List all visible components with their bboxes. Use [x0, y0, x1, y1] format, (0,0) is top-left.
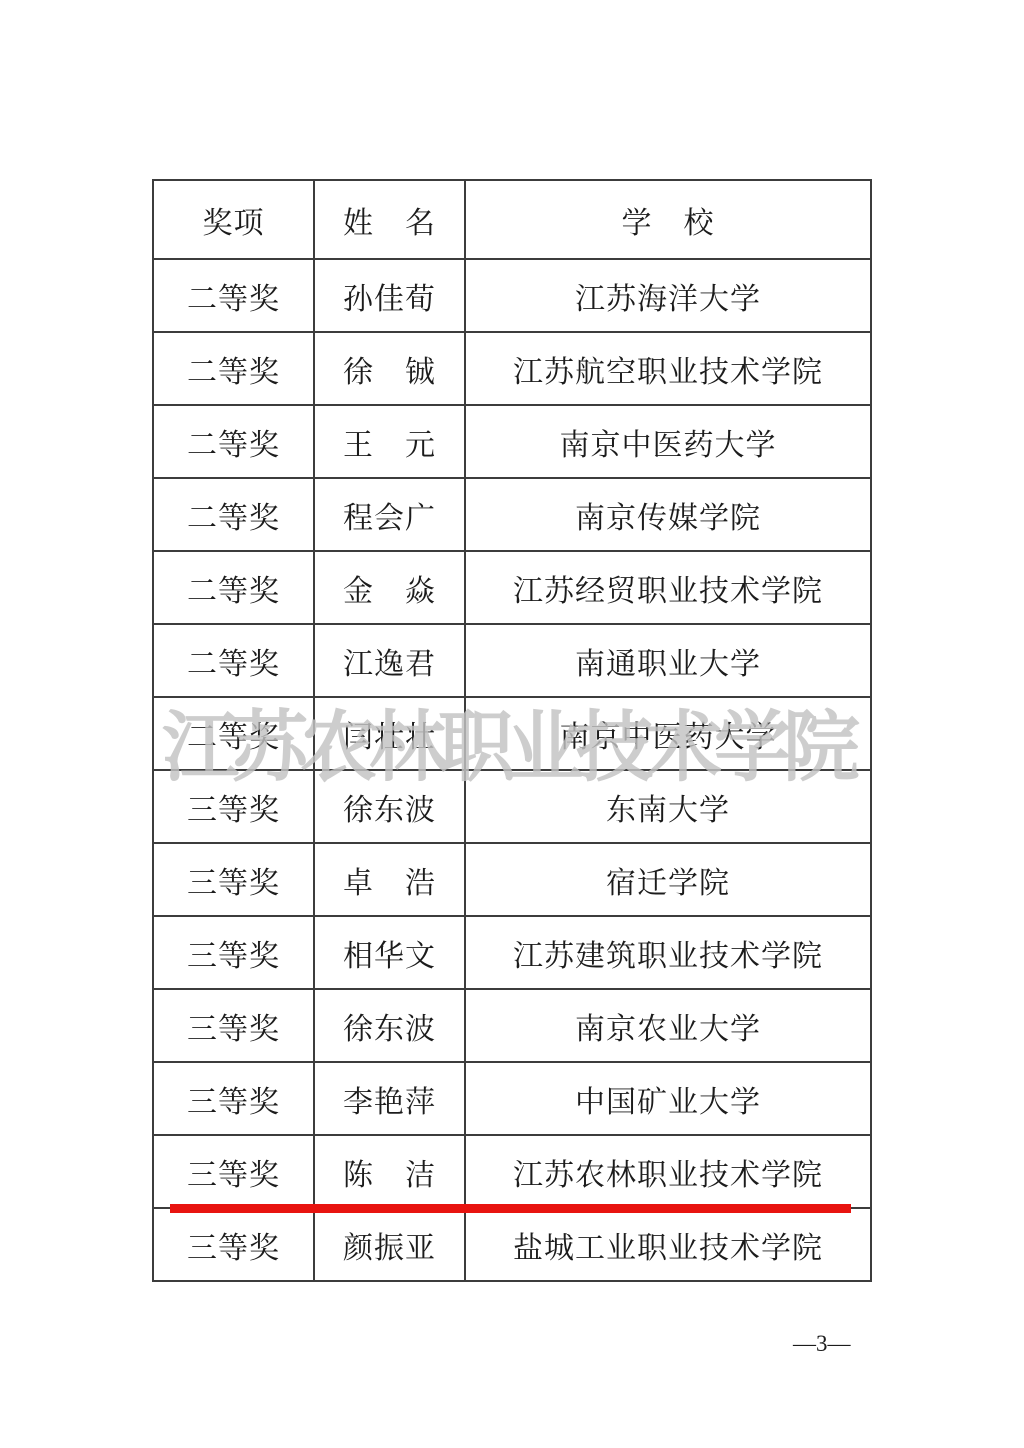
table-row: 二等奖 闫壮壮 南京中医药大学: [153, 697, 871, 770]
school-cell: 江苏经贸职业技术学院: [465, 551, 871, 624]
award-cell: 二等奖: [153, 478, 314, 551]
name-cell: 王 元: [314, 405, 465, 478]
school-cell: 南京中医药大学: [465, 405, 871, 478]
awards-table: 奖项 姓 名 学 校 二等奖 孙佳荀 江苏海洋大学 二等奖 徐 铖 江苏航空职业…: [152, 179, 872, 1282]
award-cell: 三等奖: [153, 989, 314, 1062]
award-cell: 二等奖: [153, 624, 314, 697]
table-row: 三等奖 陈 洁 江苏农林职业技术学院: [153, 1135, 871, 1208]
table-row: 三等奖 颜振亚 盐城工业职业技术学院: [153, 1208, 871, 1281]
table-row: 二等奖 孙佳荀 江苏海洋大学: [153, 259, 871, 332]
award-cell: 二等奖: [153, 332, 314, 405]
table-row: 三等奖 李艳萍 中国矿业大学: [153, 1062, 871, 1135]
school-cell: 江苏农林职业技术学院: [465, 1135, 871, 1208]
name-cell: 徐 铖: [314, 332, 465, 405]
school-cell: 南京农业大学: [465, 989, 871, 1062]
school-cell: 东南大学: [465, 770, 871, 843]
school-cell: 南京中医药大学: [465, 697, 871, 770]
table-row: 二等奖 江逸君 南通职业大学: [153, 624, 871, 697]
table-row: 二等奖 王 元 南京中医药大学: [153, 405, 871, 478]
school-cell: 江苏建筑职业技术学院: [465, 916, 871, 989]
award-cell: 三等奖: [153, 843, 314, 916]
name-cell: 程会广: [314, 478, 465, 551]
award-cell: 二等奖: [153, 551, 314, 624]
table-header-row: 奖项 姓 名 学 校: [153, 180, 871, 259]
name-cell: 徐东波: [314, 770, 465, 843]
name-cell: 金 焱: [314, 551, 465, 624]
table-row: 二等奖 程会广 南京传媒学院: [153, 478, 871, 551]
name-cell: 陈 洁: [314, 1135, 465, 1208]
table-row: 二等奖 金 焱 江苏经贸职业技术学院: [153, 551, 871, 624]
page-number: —3—: [793, 1331, 851, 1357]
school-cell: 南通职业大学: [465, 624, 871, 697]
award-cell: 三等奖: [153, 770, 314, 843]
name-cell: 孙佳荀: [314, 259, 465, 332]
header-name: 姓 名: [314, 180, 465, 259]
name-cell: 李艳萍: [314, 1062, 465, 1135]
table-row: 三等奖 卓 浩 宿迁学院: [153, 843, 871, 916]
school-cell: 南京传媒学院: [465, 478, 871, 551]
award-cell: 二等奖: [153, 259, 314, 332]
table-row: 三等奖 相华文 江苏建筑职业技术学院: [153, 916, 871, 989]
school-cell: 中国矿业大学: [465, 1062, 871, 1135]
award-cell: 三等奖: [153, 1135, 314, 1208]
name-cell: 徐东波: [314, 989, 465, 1062]
name-cell: 闫壮壮: [314, 697, 465, 770]
table-row: 三等奖 徐东波 南京农业大学: [153, 989, 871, 1062]
red-highlight-underline: [170, 1204, 851, 1213]
school-cell: 宿迁学院: [465, 843, 871, 916]
document-page: 奖项 姓 名 学 校 二等奖 孙佳荀 江苏海洋大学 二等奖 徐 铖 江苏航空职业…: [0, 0, 1024, 1448]
name-cell: 卓 浩: [314, 843, 465, 916]
award-cell: 二等奖: [153, 405, 314, 478]
header-school: 学 校: [465, 180, 871, 259]
school-cell: 盐城工业职业技术学院: [465, 1208, 871, 1281]
award-cell: 二等奖: [153, 697, 314, 770]
school-cell: 江苏航空职业技术学院: [465, 332, 871, 405]
award-cell: 三等奖: [153, 1208, 314, 1281]
name-cell: 江逸君: [314, 624, 465, 697]
name-cell: 颜振亚: [314, 1208, 465, 1281]
name-cell: 相华文: [314, 916, 465, 989]
school-cell: 江苏海洋大学: [465, 259, 871, 332]
table-row: 三等奖 徐东波 东南大学: [153, 770, 871, 843]
header-award: 奖项: [153, 180, 314, 259]
award-cell: 三等奖: [153, 1062, 314, 1135]
award-cell: 三等奖: [153, 916, 314, 989]
table-row: 二等奖 徐 铖 江苏航空职业技术学院: [153, 332, 871, 405]
